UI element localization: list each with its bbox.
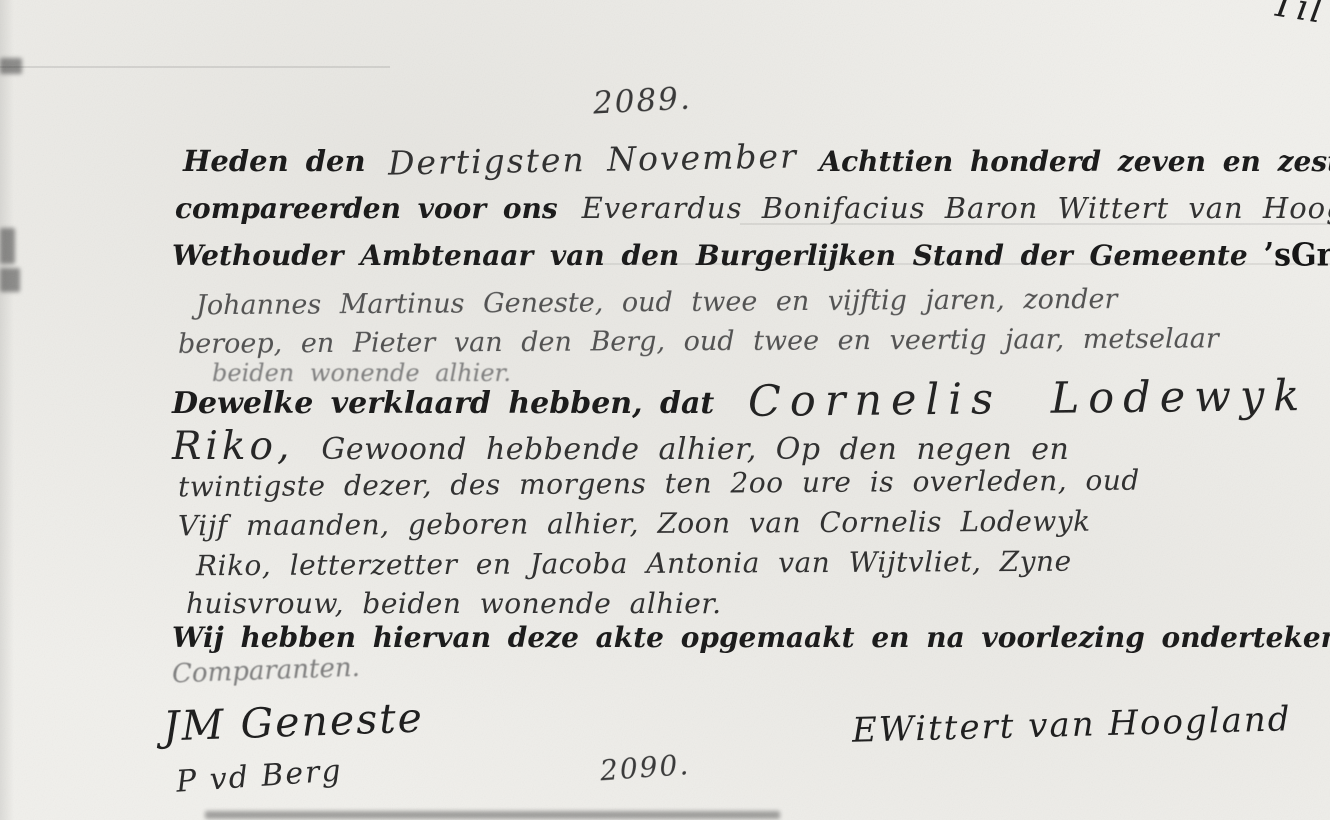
body-line-1: Heden den Dertigsten November Achttien h…: [183, 143, 1330, 176]
signature-witness-2: P vd Berg: [175, 756, 343, 798]
line3-formal-text: Wethouder Ambtenaar van den Burgerlijken…: [172, 242, 1248, 270]
parents-residence-line: huisvrouw, beiden wonende alhier.: [186, 590, 722, 618]
signature-official: EWittert van Hoogland: [852, 702, 1292, 747]
comparanten-line: Comparanten.: [172, 655, 361, 688]
line1-formal-text: Heden den: [183, 147, 366, 176]
declaration-line: Dewelke verklaard hebben, dat Cornelis L…: [172, 378, 1309, 421]
body-line-7: Riko, Gewoond hebbende alhier, Op den ne…: [172, 427, 1069, 466]
age-birth-line: Vijf maanden, geboren alhier, Zoon van C…: [178, 508, 1091, 541]
act-number-top: 2089.: [592, 83, 692, 119]
signature-witness-1: JM Geneste: [162, 697, 424, 747]
gravenhage-blackletter: ’sGravenhage,: [1264, 240, 1330, 272]
scan-line: [0, 66, 390, 68]
body-line-2: compareerden voor ons Everardus Bonifaci…: [175, 194, 1330, 223]
declarant-1-line: Johannes Martinus Geneste, oud twee en v…: [196, 286, 1118, 319]
closing-line: Wij hebben hiervan deze akte opgemaakt e…: [172, 624, 1330, 652]
scan-artifact: [0, 268, 20, 292]
scanned-death-record: Til 2089. Heden den Dertigsten November …: [0, 0, 1330, 820]
line2-formal-text: compareerden voor ons: [175, 195, 558, 223]
body-line-3: Wethouder Ambtenaar van den Burgerlijken…: [172, 241, 1330, 271]
closing-formal-text: Wij hebben hiervan deze akte opgemaakt e…: [172, 624, 1330, 652]
parents-line: Riko, letterzetter en Jacoba Antonia van…: [196, 548, 1072, 581]
death-time-line: twintigste dezer, des morgens ten 2oo ur…: [178, 467, 1140, 502]
declaration-formal-text: Dewelke verklaard hebben, dat: [172, 389, 714, 419]
declarant-2-line: beroep, en Pieter van den Berg, oud twee…: [178, 325, 1219, 357]
scan-artifact: [0, 228, 15, 264]
scan-artifact: [205, 811, 780, 819]
deceased-surname-script: Riko,: [172, 427, 293, 466]
line1-year-text: Achttien honderd zeven en zestig ,: [819, 148, 1330, 176]
line7-text: Gewoond hebbende alhier, Op den negen en: [321, 435, 1069, 465]
corner-pen-mark: Til: [1268, 0, 1326, 30]
deceased-name-script: Cornelis Lodewyk: [748, 375, 1309, 424]
line1-date-script: Dertigsten November: [387, 139, 797, 179]
act-number-bottom: 2090.: [599, 751, 691, 785]
official-name-script: Everardus Bonifacius Baron Wittert van H…: [582, 194, 1330, 223]
